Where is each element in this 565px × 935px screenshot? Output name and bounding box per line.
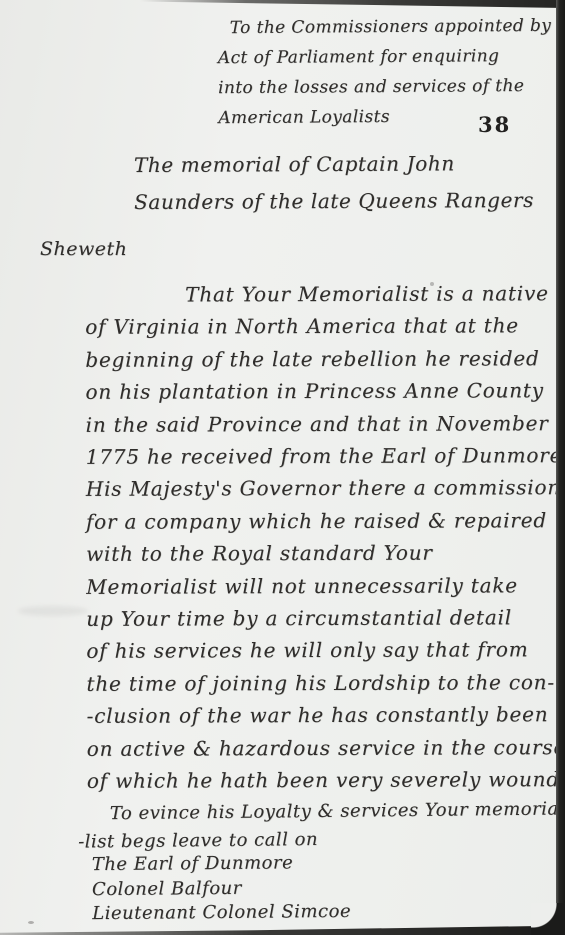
body-line: of which he hath been very severely woun… [87,763,557,797]
witness-line: Colonel Balfour [92,875,351,902]
witness-line: Lieutenant Colonel Simcoe [92,900,351,927]
page-number: 38 [478,112,511,137]
manuscript-scan: To the Commissioners appointed by Act of… [0,0,565,935]
body-line: with to the Royal standard Your [86,536,556,570]
paper-smudge [28,921,34,924]
body-line: Memorialist will not unnecessarily take [86,569,556,603]
memorial-title: The memorial of Captain John Saunders of… [134,145,534,221]
heading-line: into the losses and services of the [218,71,552,103]
page-corner-rounded [531,903,565,935]
heading-line: To the Commissioners appointed by [218,11,552,43]
body-line: in the said Province and that in Novembe… [86,407,556,441]
heading-line: Act of Parliament for enquiring [218,41,552,73]
body-line: That Your Memorialist is a native [85,277,555,311]
body-line: beginning of the late rebellion he resid… [85,342,555,376]
body-line: up Your time by a circumstantial detail [86,601,556,635]
body-line: for a company which he raised & repaired [86,504,556,538]
body-line: the time of joining his Lordship to the … [86,666,556,700]
closing-line: To evince his Loyalty & services Your me… [78,795,559,828]
body-line: on active & hazardous service in the cou… [87,731,557,765]
memorial-body: That Your Memorialist is a native of Vir… [85,277,557,797]
body-line: 1775 he received from the Earl of Dunmor… [86,439,556,473]
body-line: of Virginia in North America that at the [85,310,555,344]
body-line: -clusion of the war he has constantly be… [87,698,557,732]
closing-statement: To evince his Loyalty & services Your me… [78,795,559,856]
title-line: Saunders of the late Queens Rangers [134,182,534,221]
paper-smudge [18,606,88,616]
witness-line: The Earl of Dunmore [92,851,351,878]
title-line: The memorial of Captain John [134,145,534,184]
body-line: His Majesty's Governor there a commissio… [86,472,556,506]
salutation: Sheweth [40,238,127,260]
scan-edge-right [556,0,565,935]
body-line: of his services he will only say that fr… [86,634,556,668]
body-line: on his plantation in Princess Anne Count… [85,374,555,408]
witness-list: The Earl of Dunmore Colonel Balfour Lieu… [92,851,352,927]
paper-page: To the Commissioners appointed by Act of… [0,0,565,935]
